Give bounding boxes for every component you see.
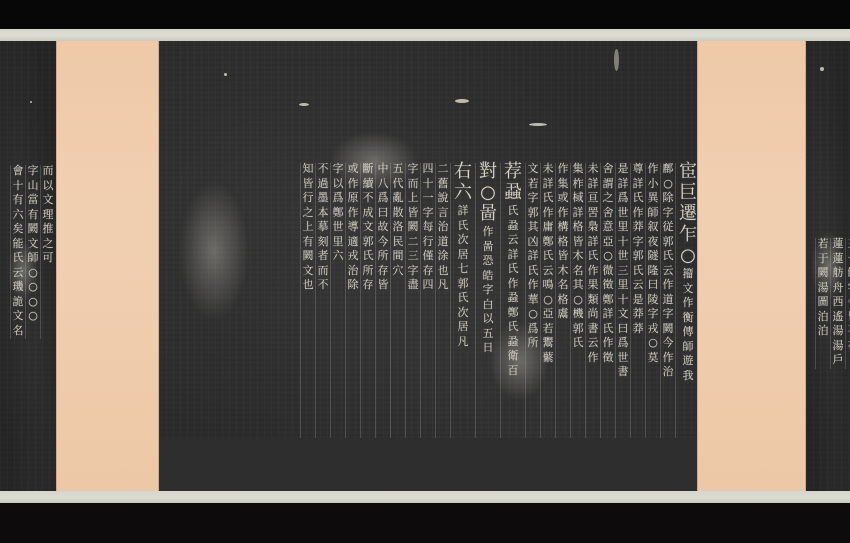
inscription-character: 而	[407, 178, 419, 193]
right-fragment-text: 三十餘字今皆不存蓮蓮舫舟西遙湯湯戶若于闕湯圖泊泊	[815, 238, 850, 369]
inscription-character: 鬳	[557, 308, 569, 323]
inscription-character: 湯	[817, 282, 829, 297]
inscription-character: 說	[437, 192, 449, 207]
right-fragment-column: 蓮蓮舫舟西遙湯湯戶	[830, 238, 845, 369]
annotation-character: 衛	[507, 350, 519, 365]
inscription-character: 續	[362, 178, 374, 193]
annotation-character: 氏	[457, 220, 469, 235]
annotation-character: 蝨	[507, 336, 519, 351]
inscription-character: 師	[647, 207, 659, 222]
left-fragment-column: 會十有六矣能氏云璣詭文名	[10, 165, 25, 339]
inscription-character: 上	[407, 192, 419, 207]
inscription-character: 所	[377, 250, 389, 265]
inscription-character: 詳	[572, 207, 584, 222]
inscription-character: 格	[557, 294, 569, 309]
inscription-character: 二	[437, 163, 449, 178]
inscription-character: 闕	[662, 323, 674, 338]
inscription-character: 梟	[587, 221, 599, 236]
inscription-character: 若	[527, 178, 539, 193]
inscription-character: 道	[437, 236, 449, 251]
inscription-character: 字	[527, 192, 539, 207]
inscription-character: 十	[617, 236, 629, 251]
inscription-character: 氏	[572, 337, 584, 352]
annotation-subcolumn: 氏蝨云詳氏作蝨鄭氏蝨衛百	[507, 205, 519, 379]
inscription-character: 間	[392, 250, 404, 265]
inscription-character: 云	[632, 279, 644, 294]
inscription-character: 柞	[572, 178, 584, 193]
inscription-character: 云	[662, 265, 674, 280]
annotation-character: 氏	[507, 263, 519, 278]
annotation-character: 皓	[482, 270, 494, 285]
inscription-character: 氏	[12, 252, 24, 267]
inscription-character: ○	[27, 310, 39, 325]
inscription-character: 名	[572, 265, 584, 280]
inscription-character: 三	[617, 265, 629, 280]
inscription-character: 啚	[477, 205, 499, 226]
inscription-character: ○	[647, 337, 659, 352]
inscription-character: 鄭	[332, 207, 344, 222]
inscription-character: 凡	[437, 279, 449, 294]
inscription-character: ○	[602, 250, 614, 265]
inscription-character: 圖	[817, 296, 829, 311]
inscription-character: 以	[42, 180, 54, 195]
inscription-character: 所	[527, 337, 539, 352]
inscription-character: 山	[27, 180, 39, 195]
inscription-character: 或	[557, 192, 569, 207]
inscription-character: 闕	[27, 223, 39, 238]
inscription-character: 以	[332, 178, 344, 193]
inscription-character: 集	[572, 163, 584, 178]
inscription-character: 其	[572, 279, 584, 294]
inscription-character: 世	[617, 250, 629, 265]
inscription-character: 鄭	[542, 236, 554, 251]
inscription-character: 其	[527, 221, 539, 236]
inscription-character: 機	[572, 308, 584, 323]
inscription-character: 世	[617, 352, 629, 367]
inscription-character: ○	[27, 296, 39, 311]
annotation-character: 云	[507, 234, 519, 249]
inscription-character: 可	[42, 252, 54, 267]
inscription-character: 不	[362, 192, 374, 207]
inscription-character: 戎	[647, 323, 659, 338]
inscription-character: 西	[832, 296, 844, 311]
inscription-character: 里	[332, 236, 344, 251]
center-panel-column: 作集或作構格皆木名格鬳	[555, 163, 570, 438]
inscription-character: 氏	[542, 192, 554, 207]
inscription-character: 亞	[602, 236, 614, 251]
inscription-character: 道	[662, 294, 674, 309]
inscription-character: 宦	[677, 163, 699, 184]
center-panel-column: 作小異師叙夜隧隆曰陵字戎○莫	[645, 163, 660, 438]
inscription-character: 文	[12, 310, 24, 325]
inscription-character: 尚	[587, 308, 599, 323]
inscription-character: 故	[377, 221, 389, 236]
right-fragment-column: 三十餘字今皆不存	[845, 238, 850, 369]
inscription-character: 爲	[332, 192, 344, 207]
inscription-character: 作	[347, 207, 359, 222]
annotation-character: 郭	[457, 278, 469, 293]
inscription-character: 知	[302, 163, 314, 178]
annotation-subcolumn: 詳氏次居七郭氏次居凡	[457, 205, 469, 350]
rubbing-lower-margin	[159, 438, 697, 491]
inscription-character: 摹	[317, 221, 329, 236]
inscription-character: 存	[422, 265, 434, 280]
center-panel-column: 中八爲曰故今所存皆	[375, 163, 390, 438]
inscription-character: 會	[12, 165, 24, 180]
center-panel-column: 是詳爲世里十世三里十文曰爲世書	[615, 163, 630, 438]
inscription-character: 鬻	[542, 337, 554, 352]
inscription-character: 字	[407, 265, 419, 280]
inscription-character: 存	[377, 265, 389, 280]
inscription-character: 氏	[662, 250, 674, 265]
annotation-character: 籀	[682, 268, 694, 283]
inscription-character: 蓮	[832, 253, 844, 268]
center-panel-column: 未詳氏作庸鄭氏云鳴○亞若鬻蘩	[540, 163, 555, 438]
annotation-character: 傳	[682, 326, 694, 341]
inscription-character: 矣	[12, 223, 24, 238]
inscription-character: 名	[12, 325, 24, 340]
inscription-character: 戎	[347, 250, 359, 265]
inscription-character: 十	[12, 180, 24, 195]
annotation-character: 蝨	[507, 220, 519, 235]
inscription-character: 徵	[602, 279, 614, 294]
inscription-character: 之	[302, 207, 314, 222]
center-panel-column: 宦巨遷乍○籀文作衡傳師遊我	[675, 163, 700, 438]
annotation-character: 字	[482, 284, 494, 299]
inscription-character: 璣	[12, 281, 24, 296]
inscription-character: 氏	[632, 265, 644, 280]
annotation-character: 次	[457, 307, 469, 322]
inscription-character: 闕	[302, 250, 314, 265]
inscription-character: 斷	[362, 163, 374, 178]
right-fragment-column: 若于闕湯圖泊泊	[815, 238, 830, 369]
inscription-character: 氏	[587, 250, 599, 265]
annotation-character: 居	[457, 249, 469, 264]
inscription-character: 尊	[632, 163, 644, 178]
inscription-character: 作	[632, 207, 644, 222]
inscription-character: 皆	[572, 236, 584, 251]
inscription-character: 作	[557, 163, 569, 178]
inscription-character: 小	[647, 178, 659, 193]
inscription-character: 巨	[677, 184, 699, 205]
inscription-character: 作	[602, 337, 614, 352]
inscription-character: 名	[557, 279, 569, 294]
annotation-character: 遊	[682, 355, 694, 370]
inscription-character: 本	[317, 207, 329, 222]
inscription-character: 亂	[392, 192, 404, 207]
inscription-character: 行	[302, 192, 314, 207]
inscription-character: 治	[347, 265, 359, 280]
inscription-character: 文	[527, 163, 539, 178]
annotation-character: 師	[682, 341, 694, 356]
inscription-character: 氏	[362, 250, 374, 265]
inscription-character: 舟	[832, 282, 844, 297]
inscription-character: 對	[477, 163, 499, 184]
inscription-character: 湯	[832, 325, 844, 340]
inscription-character: 之	[602, 192, 614, 207]
inscription-character: 蝨	[502, 184, 524, 205]
inscription-character: 莽	[632, 308, 644, 323]
inscription-character: 當	[27, 194, 39, 209]
annotation-character: 詳	[507, 249, 519, 264]
inscription-character: 華	[527, 294, 539, 309]
inscription-character: 有	[12, 194, 24, 209]
inscription-character: 遙	[832, 311, 844, 326]
inscription-character: 于	[817, 253, 829, 268]
inscription-character: 字	[332, 163, 344, 178]
center-panel-column: 荐蝨氏蝨云詳氏作蝨鄭氏蝨衛百	[500, 163, 525, 438]
inscription-character: 未	[587, 163, 599, 178]
inscription-character: 泊	[817, 311, 829, 326]
center-panel-column: 或作原作導適戎治除	[345, 163, 360, 438]
inscription-character: 云	[587, 337, 599, 352]
inscription-character: 皆	[302, 178, 314, 193]
inscription-character: ○	[527, 308, 539, 323]
bottom-background	[0, 503, 850, 543]
inscription-character: 作	[587, 352, 599, 367]
inscription-character: 書	[587, 323, 599, 338]
inscription-character: 民	[392, 236, 404, 251]
inscription-character: 爲	[377, 192, 389, 207]
inscription-character: 詭	[12, 296, 24, 311]
inscription-character: 泊	[817, 325, 829, 340]
center-panel-column: 斷續不成文郭氏所存	[360, 163, 375, 438]
inscription-character: 遷	[677, 205, 699, 226]
inscription-character: 云	[12, 267, 24, 282]
inscription-character: 上	[302, 221, 314, 236]
inscription-character: 類	[587, 294, 599, 309]
annotation-character: 啚	[482, 241, 494, 256]
inscription-character: 隆	[647, 265, 659, 280]
center-panel-column: 不過墨本摹刻者而不	[315, 163, 330, 438]
inscription-character: 文	[42, 194, 54, 209]
inscription-character: 亞	[542, 308, 554, 323]
inscription-character: 刻	[317, 236, 329, 251]
inscription-character: 詳	[542, 178, 554, 193]
center-panel-column: 四十一字每行僅存四	[420, 163, 435, 438]
inscription-character: 是	[632, 294, 644, 309]
annotation-subcolumn: 作啚恐皓字白以五日	[482, 226, 494, 357]
inscription-character: 盡	[407, 279, 419, 294]
annotation-character: 我	[682, 370, 694, 385]
inscription-character: 闕	[817, 267, 829, 282]
inscription-character: 郭	[632, 250, 644, 265]
center-panel-column: 鄜○除字従郭氏云作道字闕今作治	[660, 163, 675, 438]
annotation-character: 白	[482, 299, 494, 314]
inscription-character: 曰	[377, 207, 389, 222]
inscription-character: 言	[437, 207, 449, 222]
inscription-character: 郭	[362, 236, 374, 251]
inscription-character: 作	[647, 163, 659, 178]
inscription-character: 每	[422, 221, 434, 236]
inscription-character: 郭	[572, 323, 584, 338]
inscription-character: 所	[362, 265, 374, 280]
top-background	[0, 0, 850, 29]
inscription-character: 不	[317, 279, 329, 294]
inscription-character: 郭	[527, 207, 539, 222]
annotation-character: 恐	[482, 255, 494, 270]
inscription-character: 文	[27, 238, 39, 253]
inscription-character: 作	[662, 352, 674, 367]
inscription-character: 湯	[832, 340, 844, 355]
inscription-character: 世	[332, 221, 344, 236]
center-panel-column: 五代亂散洛民間穴	[390, 163, 405, 438]
left-fragment-column: 字山當有闕文師○○○○	[25, 165, 40, 339]
inscription-character: 四	[422, 279, 434, 294]
left-fragment-text: 而以文理推之可字山當有闕文師○○○○會十有六矣能氏云璣詭文名	[10, 165, 55, 339]
inscription-character: 曰	[647, 279, 659, 294]
inscription-character: 作	[557, 207, 569, 222]
inscription-character: 散	[392, 207, 404, 222]
inscription-character: 字	[662, 308, 674, 323]
annotation-character: 蝨	[507, 292, 519, 307]
inscription-character: 字	[662, 207, 674, 222]
inscription-character: 構	[557, 221, 569, 236]
inscription-character: 推	[42, 223, 54, 238]
annotation-character: 七	[457, 263, 469, 278]
inscription-character: 除	[347, 279, 359, 294]
inscription-character: 今	[662, 337, 674, 352]
inscription-character: 能	[12, 238, 24, 253]
inscription-character: 代	[392, 178, 404, 193]
inscription-character: 除	[662, 192, 674, 207]
inscription-character: 書	[617, 366, 629, 381]
inscription-character: 格	[572, 221, 584, 236]
inscription-character: 舍	[602, 207, 614, 222]
annotation-character: 氏	[457, 292, 469, 307]
inscription-character: 字	[407, 163, 419, 178]
inscription-character: ○	[27, 267, 39, 282]
inscription-character: 作	[347, 178, 359, 193]
inscription-character: 之	[42, 238, 54, 253]
inscription-character: 棫	[572, 192, 584, 207]
inscription-character: 亘	[587, 192, 599, 207]
center-panel-column: 文若字郭其凶詳氏作華○爲所	[525, 163, 540, 438]
inscription-character: 作	[542, 207, 554, 222]
inscription-character: 洛	[392, 221, 404, 236]
inscription-character: 而	[317, 265, 329, 280]
inscription-character: 鄜	[662, 163, 674, 178]
inscription-character: 氏	[602, 323, 614, 338]
scroll-photograph: 而以文理推之可字山當有闕文師○○○○會十有六矣能氏云璣詭文名 宦巨遷乍○籀文作衡…	[0, 0, 850, 543]
center-panel-column: 未詳亘罟梟詳氏作果類尚書云作	[585, 163, 600, 438]
inscription-character: 舍	[602, 163, 614, 178]
inscription-character: 木	[557, 265, 569, 280]
inscription-character: 従	[662, 221, 674, 236]
inscription-character: 穴	[392, 265, 404, 280]
inscription-character: 里	[617, 279, 629, 294]
inscription-character: 木	[572, 250, 584, 265]
inscription-character: 徵	[602, 352, 614, 367]
annotation-character: 氏	[507, 205, 519, 220]
center-panel-column: 尊詳氏作莽字郭氏云是莽莽	[630, 163, 645, 438]
inscription-character: 原	[347, 192, 359, 207]
inscription-character: 莫	[647, 352, 659, 367]
annotation-character: 以	[482, 313, 494, 328]
inscription-character: 鳴	[542, 279, 554, 294]
inscription-character: 曰	[617, 323, 629, 338]
inscription-character: 四	[422, 163, 434, 178]
center-panel-column: 字而上皆闕二三字盡	[405, 163, 420, 438]
annotation-character: 凡	[457, 336, 469, 351]
inscription-character: 庸	[542, 221, 554, 236]
inscription-character: 隧	[647, 250, 659, 265]
paper-spacer-right	[697, 41, 806, 491]
inscription-character: 六	[332, 250, 344, 265]
inscription-character: 陵	[647, 294, 659, 309]
center-panel-column: 集柞棫詳格皆木名其○機郭氏	[570, 163, 585, 438]
inscription-character: 也	[302, 279, 314, 294]
inscription-character: 僅	[422, 250, 434, 265]
inscription-character: 若	[817, 238, 829, 253]
inscription-character: 夜	[647, 236, 659, 251]
inscription-character: 皆	[557, 250, 569, 265]
inscription-character: 理	[42, 209, 54, 224]
inscription-character: 中	[377, 163, 389, 178]
inscription-character: 莽	[632, 221, 644, 236]
inscription-character: 涂	[437, 250, 449, 265]
inscription-character: 詳	[527, 250, 539, 265]
inscription-character: 治	[662, 366, 674, 381]
center-panel-column: 知皆行之上有闕文也	[300, 163, 315, 438]
inscription-character: 叙	[647, 221, 659, 236]
inscription-character: 適	[347, 236, 359, 251]
inscription-character: 有	[27, 209, 39, 224]
inscription-character: 皆	[407, 207, 419, 222]
annotation-character: 作	[482, 226, 494, 241]
inscription-character: ○	[572, 294, 584, 309]
inscription-character: 闕	[407, 221, 419, 236]
annotation-character: 五	[482, 328, 494, 343]
inscription-character: 爲	[527, 323, 539, 338]
inscription-character: 作	[587, 265, 599, 280]
center-panel-column: 二舊說言治道涂也凡	[435, 163, 450, 438]
inscription-character: 詳	[617, 178, 629, 193]
inscription-character: 作	[527, 279, 539, 294]
inscription-character: 今	[377, 236, 389, 251]
inscription-character: ○	[662, 178, 674, 193]
inscription-character: 而	[42, 165, 54, 180]
inscription-character: 詳	[587, 236, 599, 251]
inscription-character: 文	[362, 221, 374, 236]
annotation-character: 詳	[457, 205, 469, 220]
inscription-character: 字	[632, 236, 644, 251]
inscription-character: 三	[407, 250, 419, 265]
inscription-character: 治	[437, 221, 449, 236]
annotation-character: 次	[457, 234, 469, 249]
inscription-character: 墨	[317, 192, 329, 207]
inscription-character: 氏	[542, 250, 554, 265]
inscription-character: 舫	[832, 267, 844, 282]
inscription-character: 十	[617, 294, 629, 309]
inscription-character: 也	[437, 265, 449, 280]
inscription-character: 五	[392, 163, 404, 178]
annotation-character: 居	[457, 321, 469, 336]
inscription-character: 謂	[602, 178, 614, 193]
inscription-character: 字	[422, 207, 434, 222]
inscription-character: 過	[317, 178, 329, 193]
inscription-character: 二	[407, 236, 419, 251]
inscription-character: 莽	[632, 323, 644, 338]
inscription-character: 集	[557, 178, 569, 193]
inscription-character: 八	[377, 178, 389, 193]
inscription-character: 未	[542, 163, 554, 178]
inscription-character: 字	[647, 308, 659, 323]
inscription-character: 十	[422, 178, 434, 193]
inscription-character: 皆	[377, 279, 389, 294]
silk-mount-bottom-band	[0, 491, 850, 503]
inscription-character: 舊	[437, 178, 449, 193]
